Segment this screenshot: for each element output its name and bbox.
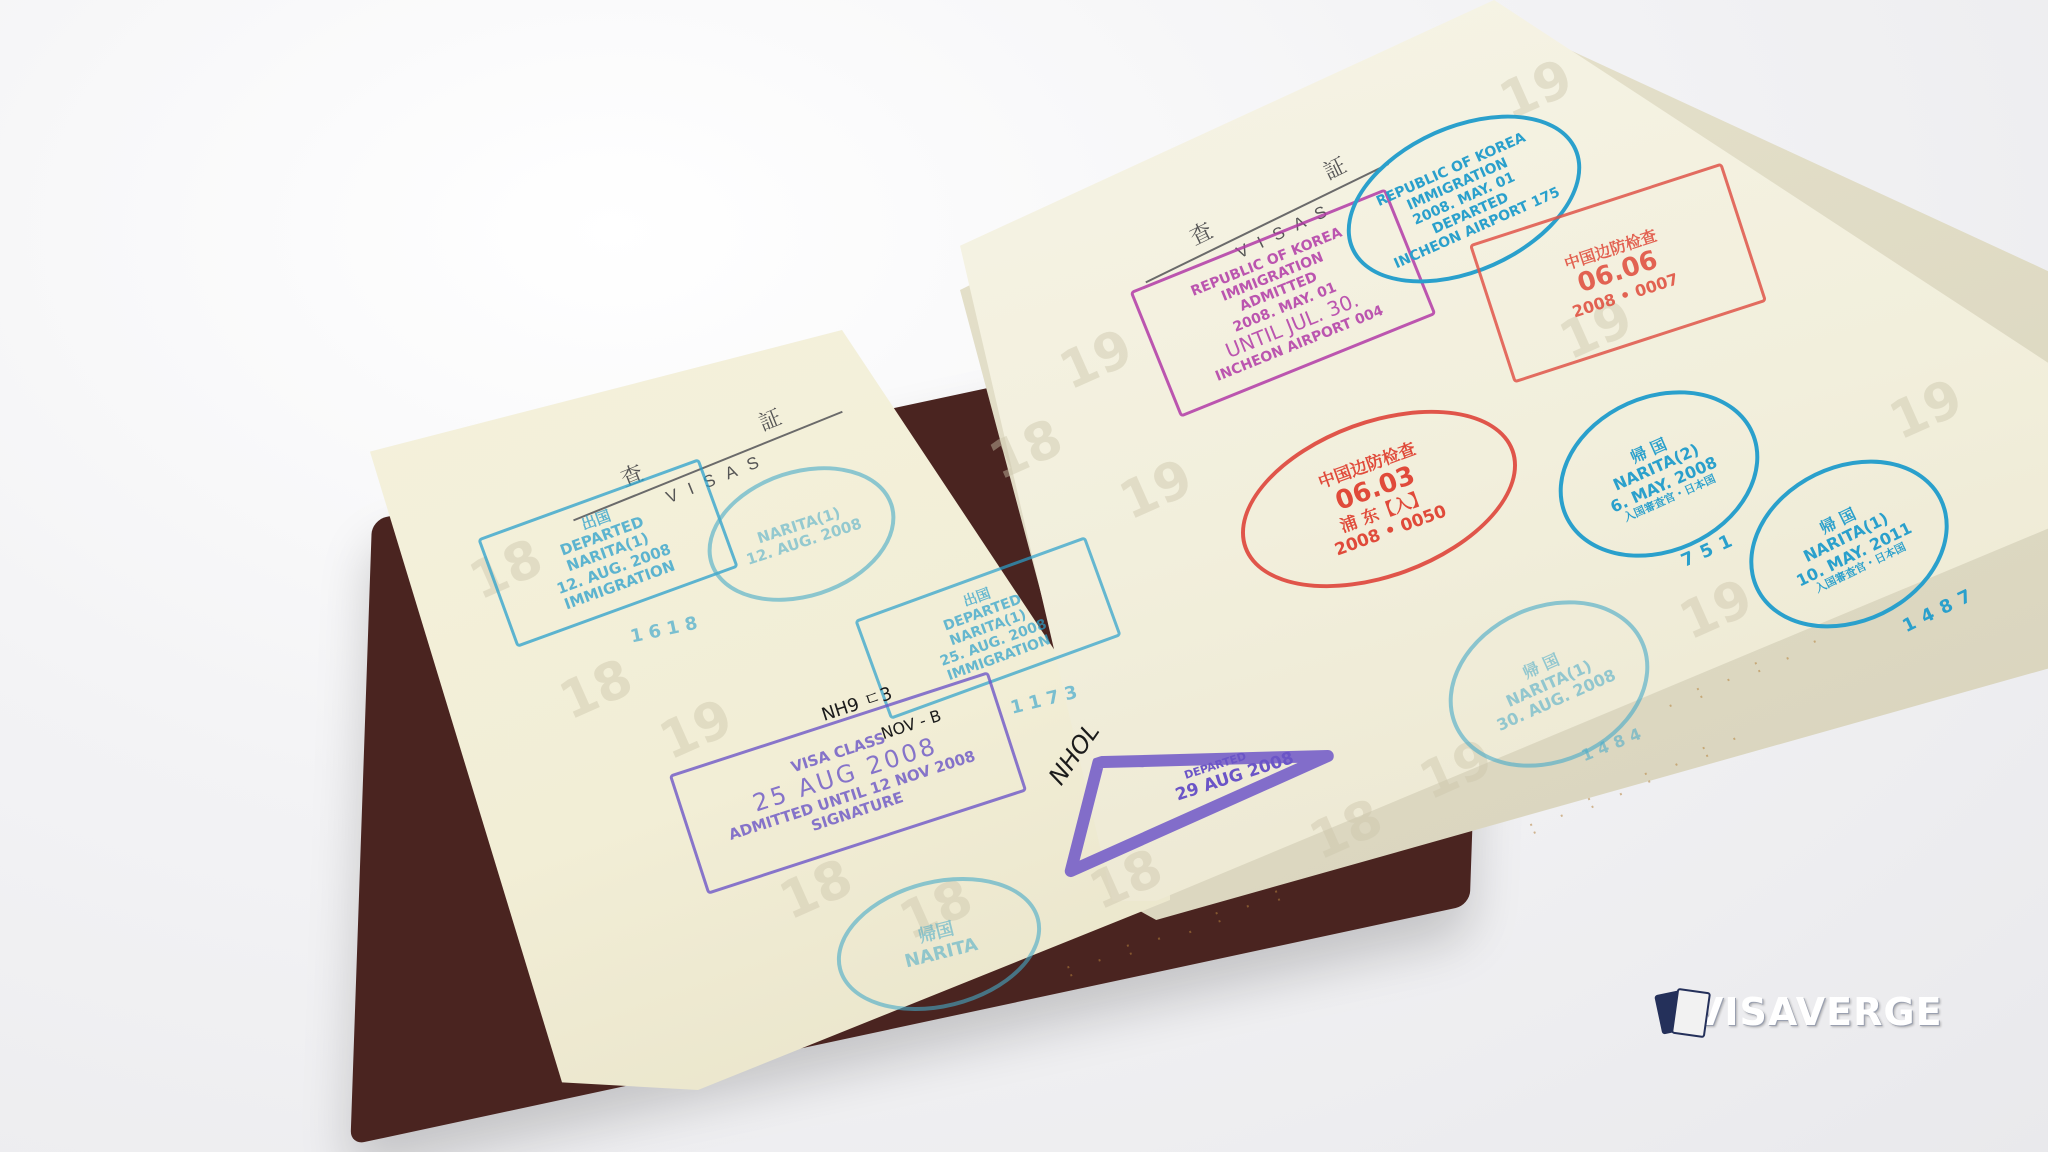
passport-photo: 18 18 18 18 19 18 18 18 19 19 19 19 19 1… (0, 0, 2048, 1152)
brand-name: VISAVERGE (1694, 990, 1943, 1034)
passport-icon (1658, 986, 1706, 1038)
visaverge-logo: VISAVERGE (1658, 986, 1943, 1038)
